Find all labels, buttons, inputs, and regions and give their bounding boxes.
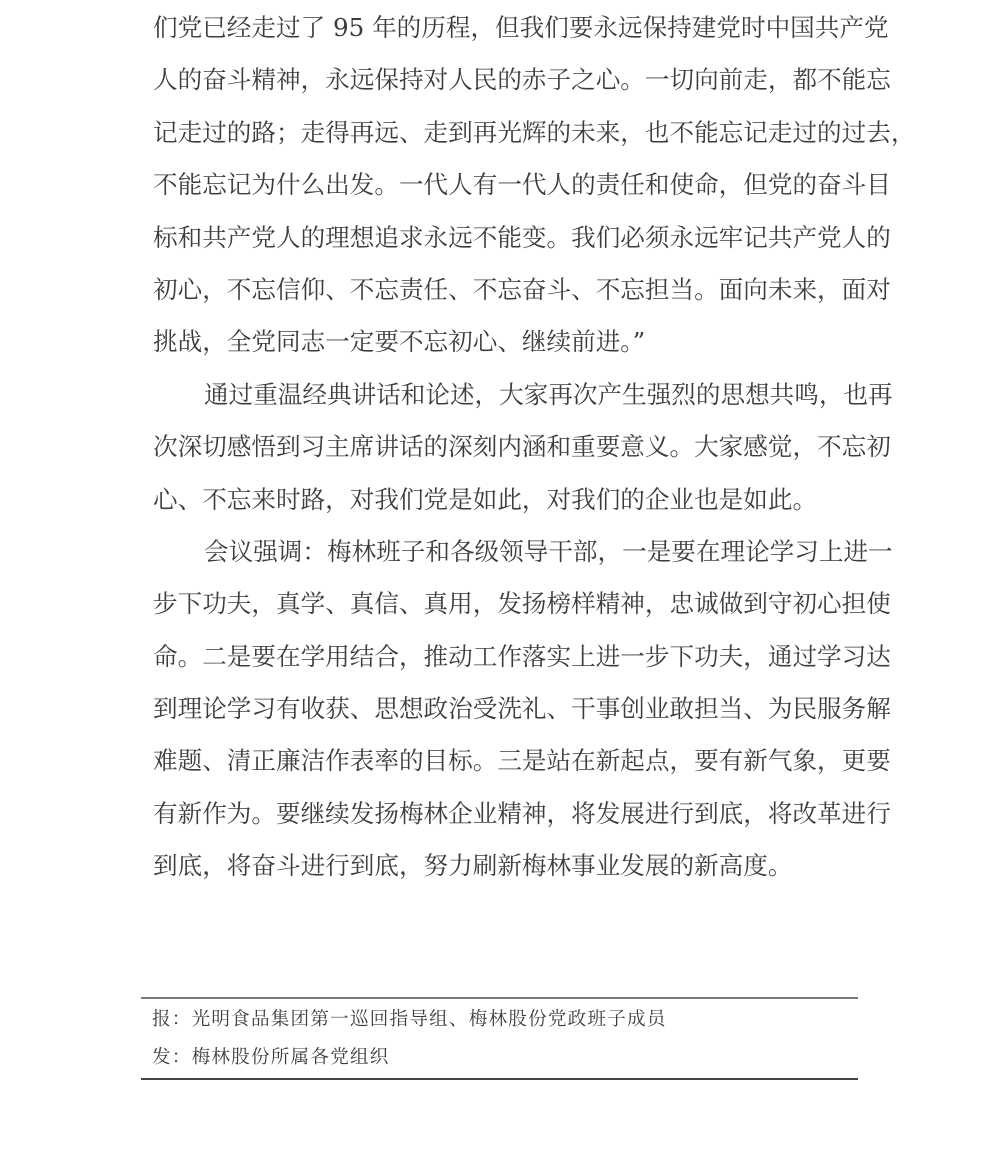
text-line: 到底，将奋斗进行到底，努力刷新梅林事业发展的新高度。 <box>153 840 847 892</box>
text-line: 步下功夫，真学、真信、真用，发扬榜样精神，忠诚做到守初心担使 <box>153 578 847 630</box>
text-line: 挑战，全党同志一定要不忘初心、继续前进。” <box>153 316 847 368</box>
footer-lines: 报：光明食品集团第一巡回指导组、梅林股份党政班子成员 发：梅林股份所属各党组织 <box>141 999 858 1078</box>
text-line: 们党已经走过了 95 年的历程，但我们要永远保持建党时中国共产党 <box>153 2 847 54</box>
text-line: 初心，不忘信仰、不忘责任、不忘奋斗、不忘担当。面向未来，面对 <box>153 264 847 316</box>
distribute-to-line: 发：梅林股份所属各党组织 <box>141 1039 858 1077</box>
text-line: 到理论学习有收获、思想政治受洗礼、干事创业敢担当、为民服务解 <box>153 683 847 735</box>
document-body: 们党已经走过了 95 年的历程，但我们要永远保持建党时中国共产党 人的奋斗精神，… <box>153 2 847 893</box>
text-line: 人的奋斗精神，永远保持对人民的赤子之心。一切向前走，都不能忘 <box>153 54 847 106</box>
text-line: 不能忘记为什么出发。一代人有一代人的责任和使命，但党的奋斗目 <box>153 159 847 211</box>
text-line: 命。二是要在学用结合，推动工作落实上进一步下功夫，通过学习达 <box>153 631 847 683</box>
paragraph-1: 们党已经走过了 95 年的历程，但我们要永远保持建党时中国共产党 人的奋斗精神，… <box>153 2 847 369</box>
text-line: 记走过的路；走得再远、走到再光辉的未来，也不能忘记走过的过去， <box>153 107 847 159</box>
text-line: 难题、清正廉洁作表率的目标。三是站在新起点，要有新气象，更要 <box>153 735 847 787</box>
text-line: 心、不忘来时路，对我们党是如此，对我们的企业也是如此。 <box>153 474 847 526</box>
text-line: 有新作为。要继续发扬梅林企业精神，将发展进行到底，将改革进行 <box>153 788 847 840</box>
paragraph-3: 会议强调：梅林班子和各级领导干部，一是要在理论学习上进一 步下功夫，真学、真信、… <box>153 526 847 893</box>
paragraph-2: 通过重温经典讲话和论述，大家再次产生强烈的思想共鸣，也再 次深切感悟到习主席讲话… <box>153 369 847 526</box>
report-to-line: 报：光明食品集团第一巡回指导组、梅林股份党政班子成员 <box>141 1001 858 1039</box>
distribution-footer: 报：光明食品集团第一巡回指导组、梅林股份党政班子成员 发：梅林股份所属各党组织 <box>141 997 858 1080</box>
text-line: 次深切感悟到习主席讲话的深刻内涵和重要意义。大家感觉，不忘初 <box>153 421 847 473</box>
text-line: 通过重温经典讲话和论述，大家再次产生强烈的思想共鸣，也再 <box>153 369 847 421</box>
text-line: 标和共产党人的理想追求永远不能变。我们必须永远牢记共产党人的 <box>153 212 847 264</box>
footer-bottom-rule <box>141 1078 858 1080</box>
text-line: 会议强调：梅林班子和各级领导干部，一是要在理论学习上进一 <box>153 526 847 578</box>
